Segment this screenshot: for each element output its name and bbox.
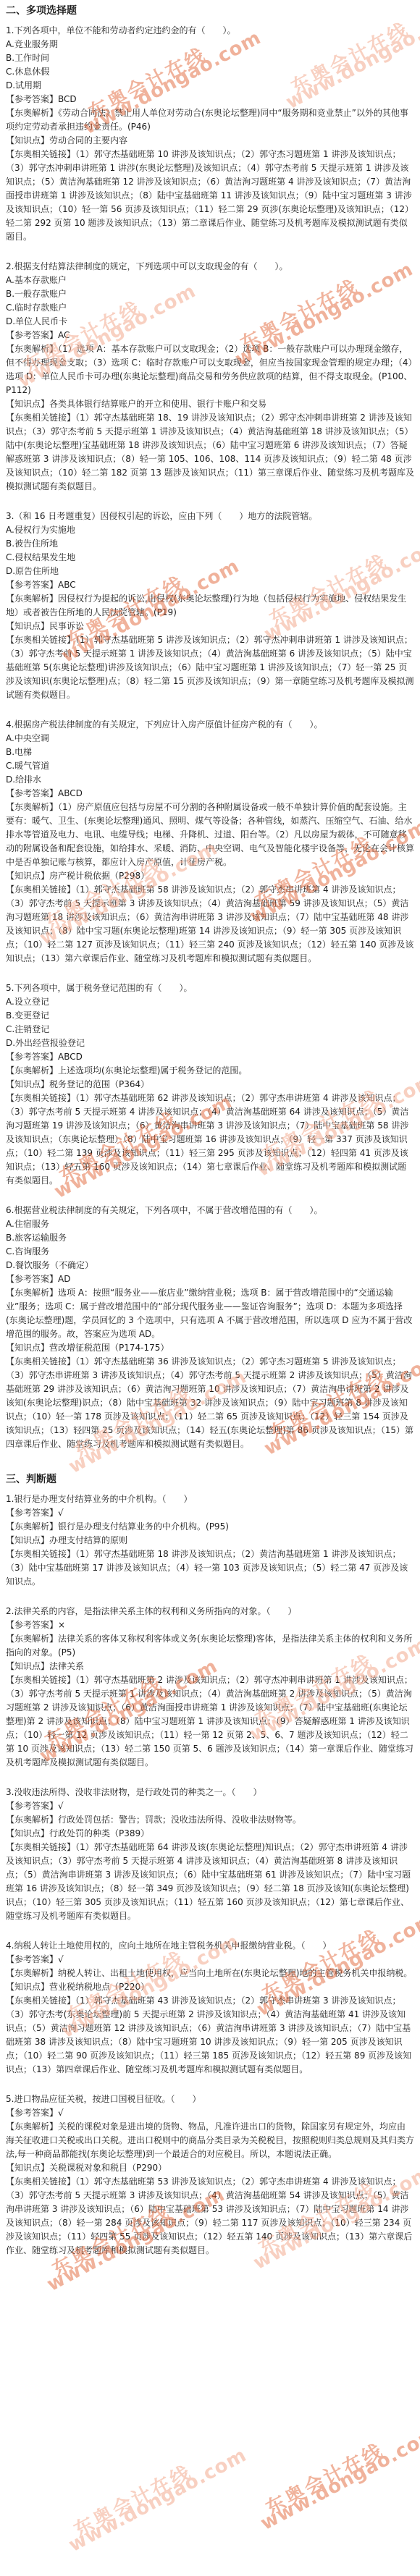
knowledge-line: 【知识点】法律关系 xyxy=(6,1660,414,1673)
answer-value: ABCD xyxy=(58,1052,83,1062)
analysis-line: 【东奥解析】上述选项均(东奥论坛整理)属于税务登记的范围。 xyxy=(6,1064,414,1078)
knowledge-label: 【知识点】 xyxy=(6,1661,49,1671)
answer-value: √ xyxy=(58,2108,64,2118)
analysis-text: 行政处罚包括：警告；罚款；没收违法所得、没收非法财物等。 xyxy=(58,1815,301,1825)
option-a: A.侵权行为实施地 xyxy=(6,523,414,537)
option-d: D.单位人民币卡 xyxy=(6,315,414,329)
knowledge-text: 各类具体银行结算账户的开立和使用、银行卡账户和交易 xyxy=(49,399,266,409)
links-text: （1）郭守杰基础班第 36 讲涉及该知识点；（2）郭守杰习题班第 5 讲涉及该知… xyxy=(6,1356,413,1449)
question-block-mc-5: 5.下列各项中，属于税务登记范围的有（ ）。 A.设立登记 B.变更登记 C.注… xyxy=(6,981,414,1188)
analysis-text: 上述选项均(东奥论坛整理)属于税务登记的范围。 xyxy=(58,1065,247,1076)
watermark-url-text: www.dongao.com xyxy=(259,2426,420,2531)
knowledge-line: 【知识点】劳动合同的主要内容 xyxy=(6,134,414,148)
watermark: 东奥会计在线www.dongao.com xyxy=(264,2417,420,2526)
analysis-text: 关税的课税对象是进出境的货物、物品，凡准许进出口的货物，除国家另有规定外，均应由… xyxy=(6,2121,414,2159)
question-block-mc-1: 1.下列各项中，单位不能和劳动者约定违约金的有（ ）。 A.竞业服务期 B.工作… xyxy=(6,24,414,244)
knowledge-text: 劳动合同的主要内容 xyxy=(49,135,127,145)
analysis-text: 纳税人转让、出租土地使用权，应当向土地所在(东奥论坛整理)地的主管税务机关申报纳… xyxy=(58,1968,412,1978)
analysis-line: 【东奥解析】关税的课税对象是进出境的货物、物品，凡准许进出口的货物，除国家另有规… xyxy=(6,2120,414,2161)
knowledge-label: 【知识点】 xyxy=(6,2163,49,2173)
section-judgment: 三、判断题 1.银行是办理支付结算业务的中介机构。（ ） 【参考答案】√ 【东奥… xyxy=(6,1473,414,2258)
links-text: （1）郭守杰基础班第 62 讲涉及该知识点；（2）郭守杰串讲班第 4 讲涉及该知… xyxy=(6,1093,408,1186)
watermark-brand-text: 东奥会计在线 xyxy=(264,2417,420,2517)
knowledge-line: 【知识点】民事诉讼 xyxy=(6,620,414,633)
knowledge-text: 税务登记的范围（P364） xyxy=(49,1079,149,1089)
links-label: 【东奥相关链接】 xyxy=(6,1093,75,1103)
links-label: 【东奥相关链接】 xyxy=(6,149,75,159)
answer-label: 【参考答案】 xyxy=(6,1274,58,1284)
option-d: D.外出经营报验登记 xyxy=(6,1036,414,1050)
analysis-label: 【东奥解析】 xyxy=(6,1288,58,1298)
knowledge-label: 【知识点】 xyxy=(6,1982,49,1992)
answer-line: 【参考答案】ABCD xyxy=(6,1050,414,1064)
links-line: 【东奥相关链接】（1）郭守杰基础班第 58 讲涉及该知识点；（2）郭守杰串讲班第… xyxy=(6,883,414,966)
knowledge-line: 【知识点】各类具体银行结算账户的开立和使用、银行卡账户和交易 xyxy=(6,397,414,411)
analysis-text: 法律关系的客体又称权利客体或义务(东奥论坛整理)客体，是指法律关系主体的权利和义… xyxy=(6,1634,412,1657)
links-line: 【东奥相关链接】（1）郭守杰基础班第 18、19 讲涉及该知识点；（2）郭守杰冲… xyxy=(6,411,414,494)
question-stem: 6.根据营业税法律制度的有关规定，下列各项中，不属于营改增范围的有（ ）。 xyxy=(6,1204,414,1217)
answer-label: 【参考答案】 xyxy=(6,1052,58,1062)
links-line: 【东奥相关链接】（1）郭守杰基础班第 36 讲涉及该知识点；（2）郭守杰习题班第… xyxy=(6,1355,414,1451)
analysis-label: 【东奥解析】 xyxy=(6,802,58,812)
analysis-text: （1）选项 A：基本存款账户可以支取现金；（2）选项 B：一般存款账户可以办理现… xyxy=(6,344,412,395)
answer-value: × xyxy=(58,1620,65,1630)
links-text: （1）郭守杰基础班第 10 讲涉及该知识点；（2）郭守杰习题班第 1 讲涉及该知… xyxy=(6,149,413,242)
knowledge-text: 法律关系 xyxy=(49,1661,84,1671)
section-heading-multiple-choice: 二、多项选择题 xyxy=(6,4,414,18)
links-text: （1）郭守杰基础班第 53 讲涉及该知识点；（2）郭守杰串讲班第 4 讲涉及该知… xyxy=(6,2176,412,2255)
analysis-label: 【东奥解析】 xyxy=(6,1815,58,1825)
question-stem: 5.进口物品应征关税，按进口国税目征收。（ ） xyxy=(6,2093,414,2106)
links-line: 【东奥相关链接】（1）郭守杰基础班第 62 讲涉及该知识点；（2）郭守杰串讲班第… xyxy=(6,1091,414,1188)
analysis-label: 【东奥解析】 xyxy=(6,108,58,118)
analysis-text: 选项 A：按照“服务业——旅店业”缴纳营业税；选项 B：属于营改增范围中的“交通… xyxy=(6,1288,412,1339)
option-a: A.基本存款账户 xyxy=(6,274,414,287)
analysis-label: 【东奥解析】 xyxy=(6,1968,58,1978)
knowledge-line: 【知识点】房产税计税依据（P298） xyxy=(6,869,414,883)
question-stem: 5.下列各项中，属于税务登记范围的有（ ）。 xyxy=(6,981,414,995)
links-label: 【东奥相关链接】 xyxy=(6,635,75,645)
knowledge-line: 【知识点】关税课税对象和税目（P290） xyxy=(6,2161,414,2175)
knowledge-label: 【知识点】 xyxy=(6,621,49,631)
knowledge-label: 【知识点】 xyxy=(6,871,49,881)
answer-line: 【参考答案】√ xyxy=(6,1953,414,1967)
option-d: D.试用期 xyxy=(6,79,414,93)
answer-label: 【参考答案】 xyxy=(6,788,58,798)
links-text: （1）郭守杰基础班第 2 讲涉及该知识点；（2）郭守杰冲刺串讲班第 1 讲涉及该… xyxy=(6,1675,413,1768)
links-line: 【东奥相关链接】（1）郭守杰基础班第 10 讲涉及该知识点；（2）郭守杰习题班第… xyxy=(6,148,414,244)
section-heading-judgment: 三、判断题 xyxy=(6,1473,414,1487)
question-stem: 1.银行是办理支付结算业务的中介机构。（ ） xyxy=(6,1492,414,1506)
links-label: 【东奥相关链接】 xyxy=(6,1675,75,1685)
question-block-judgment-3: 3.没收违法所得、没收非法财物，是行政处罚的种类之一。（ ） 【参考答案】√ 【… xyxy=(6,1786,414,1923)
question-block-judgment-4: 4.纳税人转让土地使用权的，应向土地所在地主管税务机关申报缴纳营业税。（ ） 【… xyxy=(6,1939,414,2077)
answer-label: 【参考答案】 xyxy=(6,1508,58,1518)
answer-value: AD xyxy=(58,1274,70,1284)
option-a: A.住宿服务 xyxy=(6,1217,414,1231)
answer-label: 【参考答案】 xyxy=(6,330,58,340)
knowledge-label: 【知识点】 xyxy=(6,1079,49,1089)
knowledge-line: 【知识点】办理支付结算的原则 xyxy=(6,1534,414,1547)
analysis-text: 因侵权行为提起的诉讼,由侵权(东奥论坛整理)行为地（包括侵权行为实施地、侵权结果… xyxy=(6,594,406,617)
option-c: C.注销登记 xyxy=(6,1023,414,1036)
analysis-line: 【东奥解析】行政处罚包括：警告；罚款；没收违法所得、没收非法财物等。 xyxy=(6,1813,414,1827)
question-block-mc-4: 4.根据房产税法律制度的有关规定，下列应计入房产原值计征房产税的有（ ）。 A.… xyxy=(6,718,414,966)
links-label: 【东奥相关链接】 xyxy=(6,1996,75,2006)
analysis-line: 【东奥解析】银行是办理支付结算业务的中介机构。(P95) xyxy=(6,1520,414,1534)
answer-line: 【参考答案】√ xyxy=(6,2106,414,2120)
answer-label: 【参考答案】 xyxy=(6,1620,58,1630)
knowledge-label: 【知识点】 xyxy=(6,1535,49,1545)
question-stem: 3.没收违法所得、没收非法财物，是行政处罚的种类之一。（ ） xyxy=(6,1786,414,1799)
option-d: D.餐饮服务（不确定） xyxy=(6,1259,414,1272)
knowledge-text: 民事诉讼 xyxy=(49,621,84,631)
analysis-label: 【东奥解析】 xyxy=(6,344,58,354)
option-a: A.设立登记 xyxy=(6,995,414,1009)
knowledge-label: 【知识点】 xyxy=(6,1828,49,1838)
question-stem: 4.根据房产税法律制度的有关规定，下列应计入房产原值计征房产税的有（ ）。 xyxy=(6,718,414,732)
links-line: 【东奥相关链接】（1）郭守杰基础班第 5 讲涉及该知识点；（2）郭守杰冲刺串讲班… xyxy=(6,633,414,702)
analysis-line: 【东奥解析】（1）选项 A：基本存款账户可以支取现金；（2）选项 B：一般存款账… xyxy=(6,342,414,397)
answer-line: 【参考答案】ABC xyxy=(6,578,414,592)
knowledge-text: 房产税计税依据（P298） xyxy=(49,871,149,881)
question-block-judgment-1: 1.银行是办理支付结算业务的中介机构。（ ） 【参考答案】√ 【东奥解析】银行是… xyxy=(6,1492,414,1589)
links-line: 【东奥相关链接】（1）郭守杰基础班第 64 讲涉及该(东奥论坛整理)知识点；（2… xyxy=(6,1841,414,1923)
analysis-text: 银行是办理支付结算业务的中介机构。(P95) xyxy=(58,1521,229,1532)
knowledge-label: 【知识点】 xyxy=(6,135,49,145)
links-text: （1）郭守杰基础班第 58 讲涉及该知识点；（2）郭守杰串讲班第 4 讲涉及该知… xyxy=(6,884,413,963)
watermark-brand-text: 东奥会计在线 xyxy=(72,2438,243,2538)
option-c: C.临时存款账户 xyxy=(6,301,414,315)
answer-value: √ xyxy=(58,1801,64,1811)
analysis-label: 【东奥解析】 xyxy=(6,1521,58,1532)
option-b: B.被告住所地 xyxy=(6,537,414,551)
links-label: 【东奥相关链接】 xyxy=(6,413,75,423)
answer-value: √ xyxy=(58,1954,64,1964)
option-d: D.原告住所地 xyxy=(6,565,414,578)
option-c: C.侵权结果发生地 xyxy=(6,551,414,565)
knowledge-line: 【知识点】行政处罚的种类（P389） xyxy=(6,1827,414,1841)
knowledge-line: 【知识点】营改增征税范围（P174-175） xyxy=(6,1341,414,1355)
option-c: C.咨询服务 xyxy=(6,1245,414,1259)
links-line: 【东奥相关链接】（1）郭守杰基础班第 43 讲涉及该知识点；（2）郭守杰串讲班第… xyxy=(6,1994,414,2077)
analysis-label: 【东奥解析】 xyxy=(6,2121,58,2132)
links-text: （1）郭守杰基础班第 18、19 讲涉及该知识点；（2）郭守杰冲刺串讲班第 2 … xyxy=(6,413,414,491)
document-content: 二、多项选择题 1.下列各项中，单位不能和劳动者约定违约金的有（ ）。 A.竞业… xyxy=(6,4,414,2258)
answer-line: 【参考答案】AD xyxy=(6,1272,414,1286)
knowledge-text: 营改增征税范围（P174-175） xyxy=(49,1343,169,1353)
analysis-text: （1）房产原值应包括与房屋不可分割的各种附属设备或一般不单独计算价值的配套设施。… xyxy=(6,802,414,867)
knowledge-line: 【知识点】税务登记的范围（P364） xyxy=(6,1078,414,1091)
answer-line: 【参考答案】ABCD xyxy=(6,787,414,801)
option-b: B.变更登记 xyxy=(6,1009,414,1023)
question-block-mc-2: 2.根据支付结算法律制度的规定，下列选项中可以支取现金的有（ ）。 A.基本存款… xyxy=(6,260,414,494)
question-block-mc-3: 3.（和 16 日考题重复）因侵权引起的诉讼，应由下列（ ）地方的法院管辖。 A… xyxy=(6,510,414,702)
analysis-label: 【东奥解析】 xyxy=(6,1065,58,1076)
analysis-line: 【东奥解析】因侵权行为提起的诉讼,由侵权(东奥论坛整理)行为地（包括侵权行为实施… xyxy=(6,592,414,620)
answer-line: 【参考答案】BCD xyxy=(6,93,414,106)
document-page: 东奥会计在线www.dongao.com东奥会计在线www.dongao.com… xyxy=(0,0,420,2576)
answer-label: 【参考答案】 xyxy=(6,1801,58,1811)
option-c: C.休息休假 xyxy=(6,65,414,79)
knowledge-line: 【知识点】营业税纳税地点（P220） xyxy=(6,1980,414,1994)
links-label: 【东奥相关链接】 xyxy=(6,884,75,895)
question-stem: 1.下列各项中，单位不能和劳动者约定违约金的有（ ）。 xyxy=(6,24,414,38)
links-text: （1）郭守杰基础班第 64 讲涉及该(东奥论坛整理)知识点；（2）郭守杰串讲班第… xyxy=(6,1842,411,1921)
analysis-line: 【东奥解析】纳税人转让、出租土地使用权，应当向土地所在(东奥论坛整理)地的主管税… xyxy=(6,1967,414,1980)
question-stem: 4.纳税人转让土地使用权的，应向土地所在地主管税务机关申报缴纳营业税。（ ） xyxy=(6,1939,414,1953)
links-label: 【东奥相关链接】 xyxy=(6,2176,75,2187)
answer-value: AC xyxy=(58,330,70,340)
option-d: D.给排水 xyxy=(6,773,414,787)
analysis-line: 【东奥解析】（1）房产原值应包括与房屋不可分割的各种附属设备或一般不单独计算价值… xyxy=(6,801,414,869)
option-c: C.暖气管道 xyxy=(6,759,414,773)
question-stem: 2.法律关系的内容，是指法律关系主体的权利和义务所指向的对象。（ ） xyxy=(6,1605,414,1618)
knowledge-text: 关税课税对象和税目（P290） xyxy=(49,2163,167,2173)
links-text: （1）郭守杰基础班第 43 讲涉及该知识点；（2）郭守杰串讲班第 3 讲涉及该知… xyxy=(6,1996,411,2074)
answer-label: 【参考答案】 xyxy=(6,580,58,590)
answer-line: 【参考答案】√ xyxy=(6,1506,414,1520)
knowledge-text: 营业税纳税地点（P220） xyxy=(49,1982,149,1992)
option-b: B.工作时间 xyxy=(6,51,414,65)
links-label: 【东奥相关链接】 xyxy=(6,1842,75,1852)
links-line: 【东奥相关链接】（1）郭守杰基础班第 18 讲涉及该知识点；（2）黄洁洵基础班第… xyxy=(6,1547,414,1589)
knowledge-label: 【知识点】 xyxy=(6,1343,49,1353)
section-multiple-choice: 二、多项选择题 1.下列各项中，单位不能和劳动者约定违约金的有（ ）。 A.竞业… xyxy=(6,4,414,1451)
question-block-judgment-5: 5.进口物品应征关税，按进口国税目征收。（ ） 【参考答案】√ 【东奥解析】关税… xyxy=(6,2093,414,2258)
option-b: B.电梯 xyxy=(6,746,414,759)
option-a: A.中央空调 xyxy=(6,732,414,746)
answer-line: 【参考答案】AC xyxy=(6,329,414,342)
option-a: A.竞业服务期 xyxy=(6,38,414,51)
answer-label: 【参考答案】 xyxy=(6,2108,58,2118)
analysis-text: 《劳动合同法》禁止用人单位对劳动合(东奥论坛整理)同中“服务期和竞业禁止”以外的… xyxy=(6,108,408,132)
links-label: 【东奥相关链接】 xyxy=(6,1356,75,1367)
answer-line: 【参考答案】√ xyxy=(6,1799,414,1813)
analysis-line: 【东奥解析】法律关系的客体又称权利客体或义务(东奥论坛整理)客体，是指法律关系主… xyxy=(6,1632,414,1660)
option-b: B.一般存款账户 xyxy=(6,287,414,301)
knowledge-text: 办理支付结算的原则 xyxy=(49,1535,127,1545)
answer-value: BCD xyxy=(58,94,77,104)
analysis-label: 【东奥解析】 xyxy=(6,594,58,604)
watermark-url-text: www.dongao.com xyxy=(67,2448,248,2553)
answer-line: 【参考答案】× xyxy=(6,1618,414,1632)
answer-value: ABC xyxy=(58,580,76,590)
question-stem: 3.（和 16 日考题重复）因侵权引起的诉讼，应由下列（ ）地方的法院管辖。 xyxy=(6,510,414,523)
analysis-label: 【东奥解析】 xyxy=(6,1634,58,1644)
analysis-line: 【东奥解析】《劳动合同法》禁止用人单位对劳动合(东奥论坛整理)同中“服务期和竞业… xyxy=(6,106,414,134)
links-label: 【东奥相关链接】 xyxy=(6,1549,75,1559)
option-b: B.旅客运输服务 xyxy=(6,1231,414,1245)
question-block-judgment-2: 2.法律关系的内容，是指法律关系主体的权利和义务所指向的对象。（ ） 【参考答案… xyxy=(6,1605,414,1770)
question-block-mc-6: 6.根据营业税法律制度的有关规定，下列各项中，不属于营改增范围的有（ ）。 A.… xyxy=(6,1204,414,1451)
analysis-line: 【东奥解析】选项 A：按照“服务业——旅店业”缴纳营业税；选项 B：属于营改增范… xyxy=(6,1286,414,1341)
knowledge-text: 行政处罚的种类（P389） xyxy=(49,1828,149,1838)
links-line: 【东奥相关链接】（1）郭守杰基础班第 53 讲涉及该知识点；（2）郭守杰串讲班第… xyxy=(6,2175,414,2258)
question-stem: 2.根据支付结算法律制度的规定，下列选项中可以支取现金的有（ ）。 xyxy=(6,260,414,274)
watermark: 东奥会计在线www.dongao.com xyxy=(72,2438,248,2548)
answer-label: 【参考答案】 xyxy=(6,94,58,104)
answer-value: ABCD xyxy=(58,788,83,798)
knowledge-label: 【知识点】 xyxy=(6,399,49,409)
links-line: 【东奥相关链接】（1）郭守杰基础班第 2 讲涉及该知识点；（2）郭守杰冲刺串讲班… xyxy=(6,1673,414,1770)
answer-value: √ xyxy=(58,1508,64,1518)
answer-label: 【参考答案】 xyxy=(6,1954,58,1964)
